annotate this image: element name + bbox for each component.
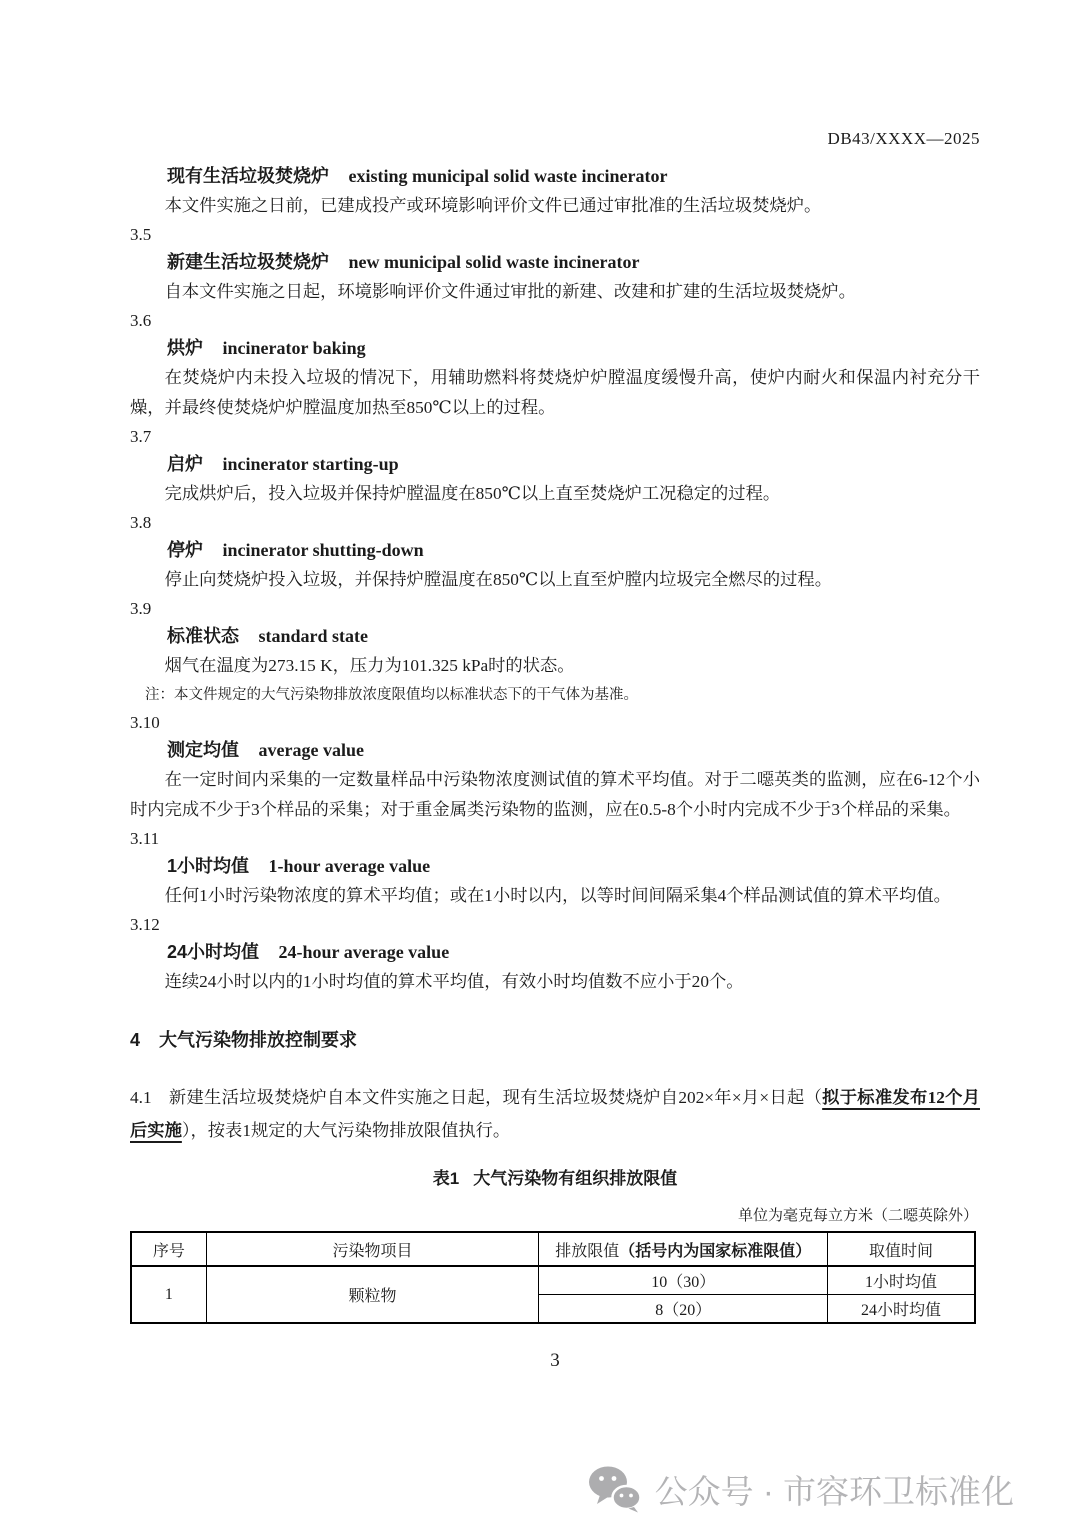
wechat-watermark: 公众号 · 市容环卫标准化: [588, 1465, 1014, 1513]
cell-pollutant: 颗粒物: [206, 1266, 539, 1323]
term-zh: 启炉: [167, 454, 203, 474]
watermark-text: 公众号 · 市容环卫标准化: [655, 1466, 1014, 1513]
term-definition: 连续24小时以内的1小时均值的算术平均值，有效小时均值数不应小于20个。: [130, 967, 980, 997]
term-en: new municipal solid waste incinerator: [349, 252, 640, 272]
term-definition: 在一定时间内采集的一定数量样品中污染物浓度测试值的算术平均值。对于二噁英类的监测…: [130, 765, 980, 825]
section-title: 大气污染物排放控制要求: [159, 1030, 357, 1050]
term-heading: 停炉 incinerator shutting-down: [130, 536, 980, 565]
term-number: 3.9: [130, 595, 980, 622]
term-definition: 任何1小时污染物浓度的算术平均值；或在1小时以内，以等时间间隔采集4个样品测试值…: [130, 881, 980, 911]
table-caption-title: 大气污染物有组织排放限值: [473, 1169, 677, 1188]
table-unit-note: 单位为毫克每立方米（二噁英除外）: [130, 1205, 978, 1227]
term-heading: 启炉 incinerator starting-up: [130, 450, 980, 479]
emission-limits-table: 序号 污染物项目 排放限值（括号内为国家标准限值） 取值时间 1 颗粒物 10（…: [130, 1231, 976, 1324]
col-header-pollutant: 污染物项目: [206, 1232, 539, 1266]
term-zh: 测定均值: [167, 740, 239, 760]
term-definition: 完成烘炉后，投入垃圾并保持炉膛温度在850℃以上直至焚烧炉工况稳定的过程。: [130, 479, 980, 509]
term-en: existing municipal solid waste incinerat…: [349, 166, 668, 186]
term-zh: 标准状态: [167, 626, 239, 646]
term-definition: 在焚烧炉内未投入垃圾的情况下，用辅助燃料将焚烧炉炉膛温度缓慢升高，使炉内耐火和保…: [130, 363, 980, 423]
term-number: 3.7: [130, 423, 980, 450]
document-page: DB43/XXXX—2025 现有生活垃圾焚烧炉 existing munici…: [0, 0, 1080, 1527]
term-number: 3.12: [130, 911, 980, 938]
cell-limit: 8（20）: [539, 1295, 828, 1324]
term-en: incinerator baking: [223, 338, 366, 358]
table-row: 1 颗粒物 10（30） 1小时均值: [131, 1266, 975, 1295]
wechat-icon: [588, 1465, 642, 1513]
term-zh: 24小时均值: [167, 942, 259, 962]
term-heading: 测定均值 average value: [130, 736, 980, 765]
col-header-limit-paren: （括号内为国家标准限值）: [619, 1243, 811, 1260]
table-1-caption: 表1大气污染物有组织排放限值: [130, 1165, 980, 1193]
term-zh: 停炉: [167, 540, 203, 560]
term-en: incinerator starting-up: [223, 454, 399, 474]
term-zh: 新建生活垃圾焚烧炉: [167, 252, 329, 272]
term-note: 注：本文件规定的大气污染物排放浓度限值均以标准状态下的干气体为基准。: [130, 681, 980, 709]
term-en: 24-hour average value: [279, 942, 450, 962]
page-content: 现有生活垃圾焚烧炉 existing municipal solid waste…: [130, 162, 980, 1372]
section-4-heading: 4大气污染物排放控制要求: [130, 1025, 980, 1055]
term-number: 3.8: [130, 509, 980, 536]
term-zh: 现有生活垃圾焚烧炉: [167, 166, 329, 186]
section-number: 4: [130, 1030, 140, 1050]
col-header-limit: 排放限值（括号内为国家标准限值）: [539, 1232, 828, 1266]
term-heading: 现有生活垃圾焚烧炉 existing municipal solid waste…: [130, 162, 980, 191]
term-en: 1-hour average value: [269, 856, 431, 876]
term-number: 3.5: [130, 221, 980, 248]
term-definition: 自本文件实施之日起，环境影响评价文件通过审批的新建、改建和扩建的生活垃圾焚烧炉。: [130, 277, 980, 307]
term-definition: 烟气在温度为273.15 K，压力为101.325 kPa时的状态。: [130, 651, 980, 681]
running-header-standard-number: DB43/XXXX—2025: [828, 129, 980, 149]
term-heading: 1小时均值 1-hour average value: [130, 852, 980, 881]
clause-4-1: 4.1新建生活垃圾焚烧炉自本文件实施之日起，现有生活垃圾焚烧炉自202×年×月×…: [130, 1081, 980, 1147]
clause-text-after: ），按表1规定的大气污染物排放限值执行。: [182, 1121, 510, 1140]
term-en: average value: [259, 740, 364, 760]
cell-time: 24小时均值: [828, 1295, 975, 1324]
term-definition: 停止向焚烧炉投入垃圾，并保持炉膛温度在850℃以上直至炉膛内垃圾完全燃尽的过程。: [130, 565, 980, 595]
col-header-time: 取值时间: [828, 1232, 975, 1266]
clause-text-before: 新建生活垃圾焚烧炉自本文件实施之日起，现有生活垃圾焚烧炉自202×年×月×日起（: [169, 1088, 823, 1107]
term-zh: 烘炉: [167, 338, 203, 358]
term-number: 3.10: [130, 709, 980, 736]
term-heading: 标准状态 standard state: [130, 622, 980, 651]
clause-number: 4.1: [130, 1088, 152, 1107]
term-en: incinerator shutting-down: [223, 540, 424, 560]
table-header-row: 序号 污染物项目 排放限值（括号内为国家标准限值） 取值时间: [131, 1232, 975, 1266]
cell-limit: 10（30）: [539, 1266, 828, 1295]
term-en: standard state: [259, 626, 369, 646]
term-zh: 1小时均值: [167, 856, 249, 876]
term-number: 3.6: [130, 307, 980, 334]
term-heading: 新建生活垃圾焚烧炉 new municipal solid waste inci…: [130, 248, 980, 277]
term-heading: 24小时均值 24-hour average value: [130, 938, 980, 967]
table-caption-number: 表1: [433, 1169, 459, 1188]
col-header-serial: 序号: [131, 1232, 206, 1266]
cell-time: 1小时均值: [828, 1266, 975, 1295]
term-definition: 本文件实施之日前，已建成投产或环境影响评价文件已通过审批准的生活垃圾焚烧炉。: [130, 191, 980, 221]
page-number: 3: [130, 1350, 980, 1372]
term-heading: 烘炉 incinerator baking: [130, 334, 980, 363]
term-number: 3.11: [130, 825, 980, 852]
cell-serial: 1: [131, 1266, 206, 1323]
